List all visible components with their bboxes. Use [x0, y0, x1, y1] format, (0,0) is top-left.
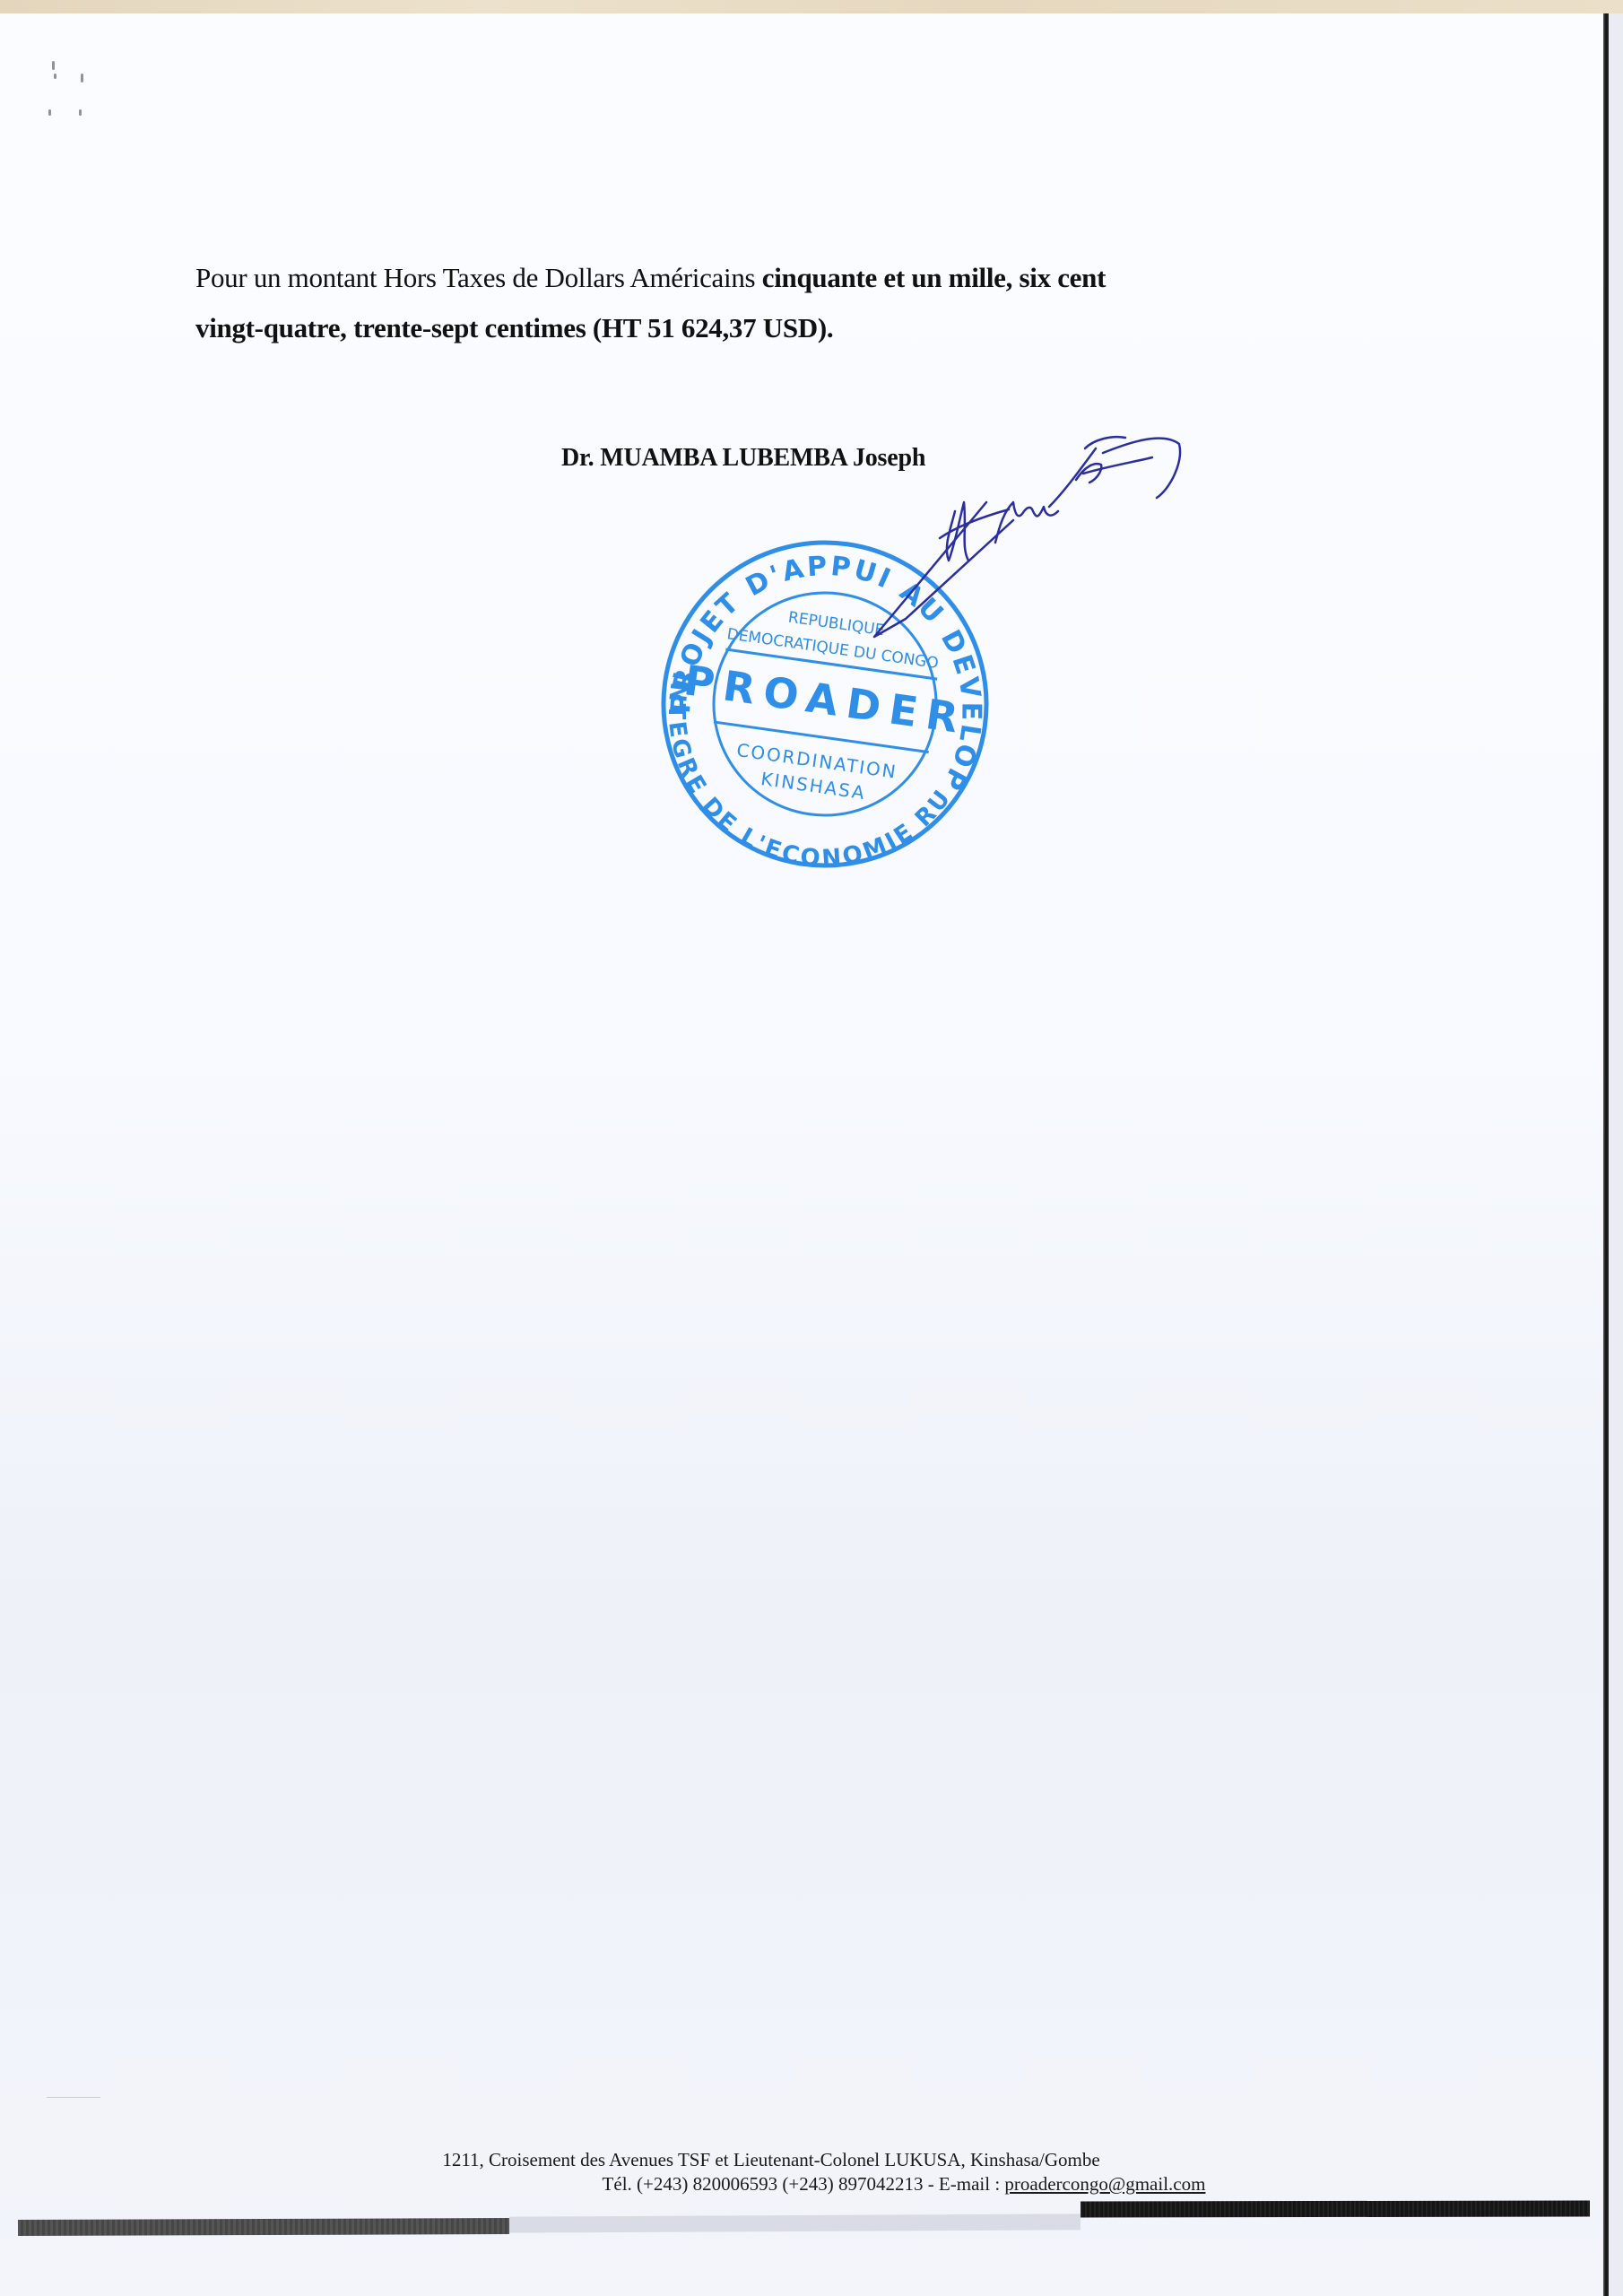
footer-phones: Tél. (+243) 820006593 (+243) 897042213 -… — [603, 2173, 1005, 2195]
footer-email-link[interactable]: proadercongo@gmail.com — [1004, 2173, 1205, 2195]
scanner-edge — [0, 0, 1623, 14]
amount-words-line1: cinquante et un mille, six cent — [762, 262, 1106, 293]
document-page — [0, 13, 1605, 2296]
footer-address: 1211, Croisement des Avenues TSF et Lieu… — [0, 2149, 1623, 2171]
footer-bar-black — [1081, 2201, 1590, 2218]
amount-words-line2: vingt-quatre, trente-sept centimes (HT 5… — [195, 312, 833, 344]
scanner-background — [1609, 13, 1623, 2296]
footer-contact: Tél. (+243) 820006593 (+243) 897042213 -… — [7, 2173, 1623, 2196]
footer-bar-light — [509, 2213, 1081, 2232]
amount-paragraph: Pour un montant Hors Taxes de Dollars Am… — [195, 253, 1361, 353]
amount-intro: Pour un montant Hors Taxes de Dollars Am… — [195, 262, 762, 293]
handwritten-signature-icon — [861, 413, 1219, 655]
footer-bar-dark — [18, 2218, 509, 2236]
margin-mark — [47, 2097, 100, 2098]
